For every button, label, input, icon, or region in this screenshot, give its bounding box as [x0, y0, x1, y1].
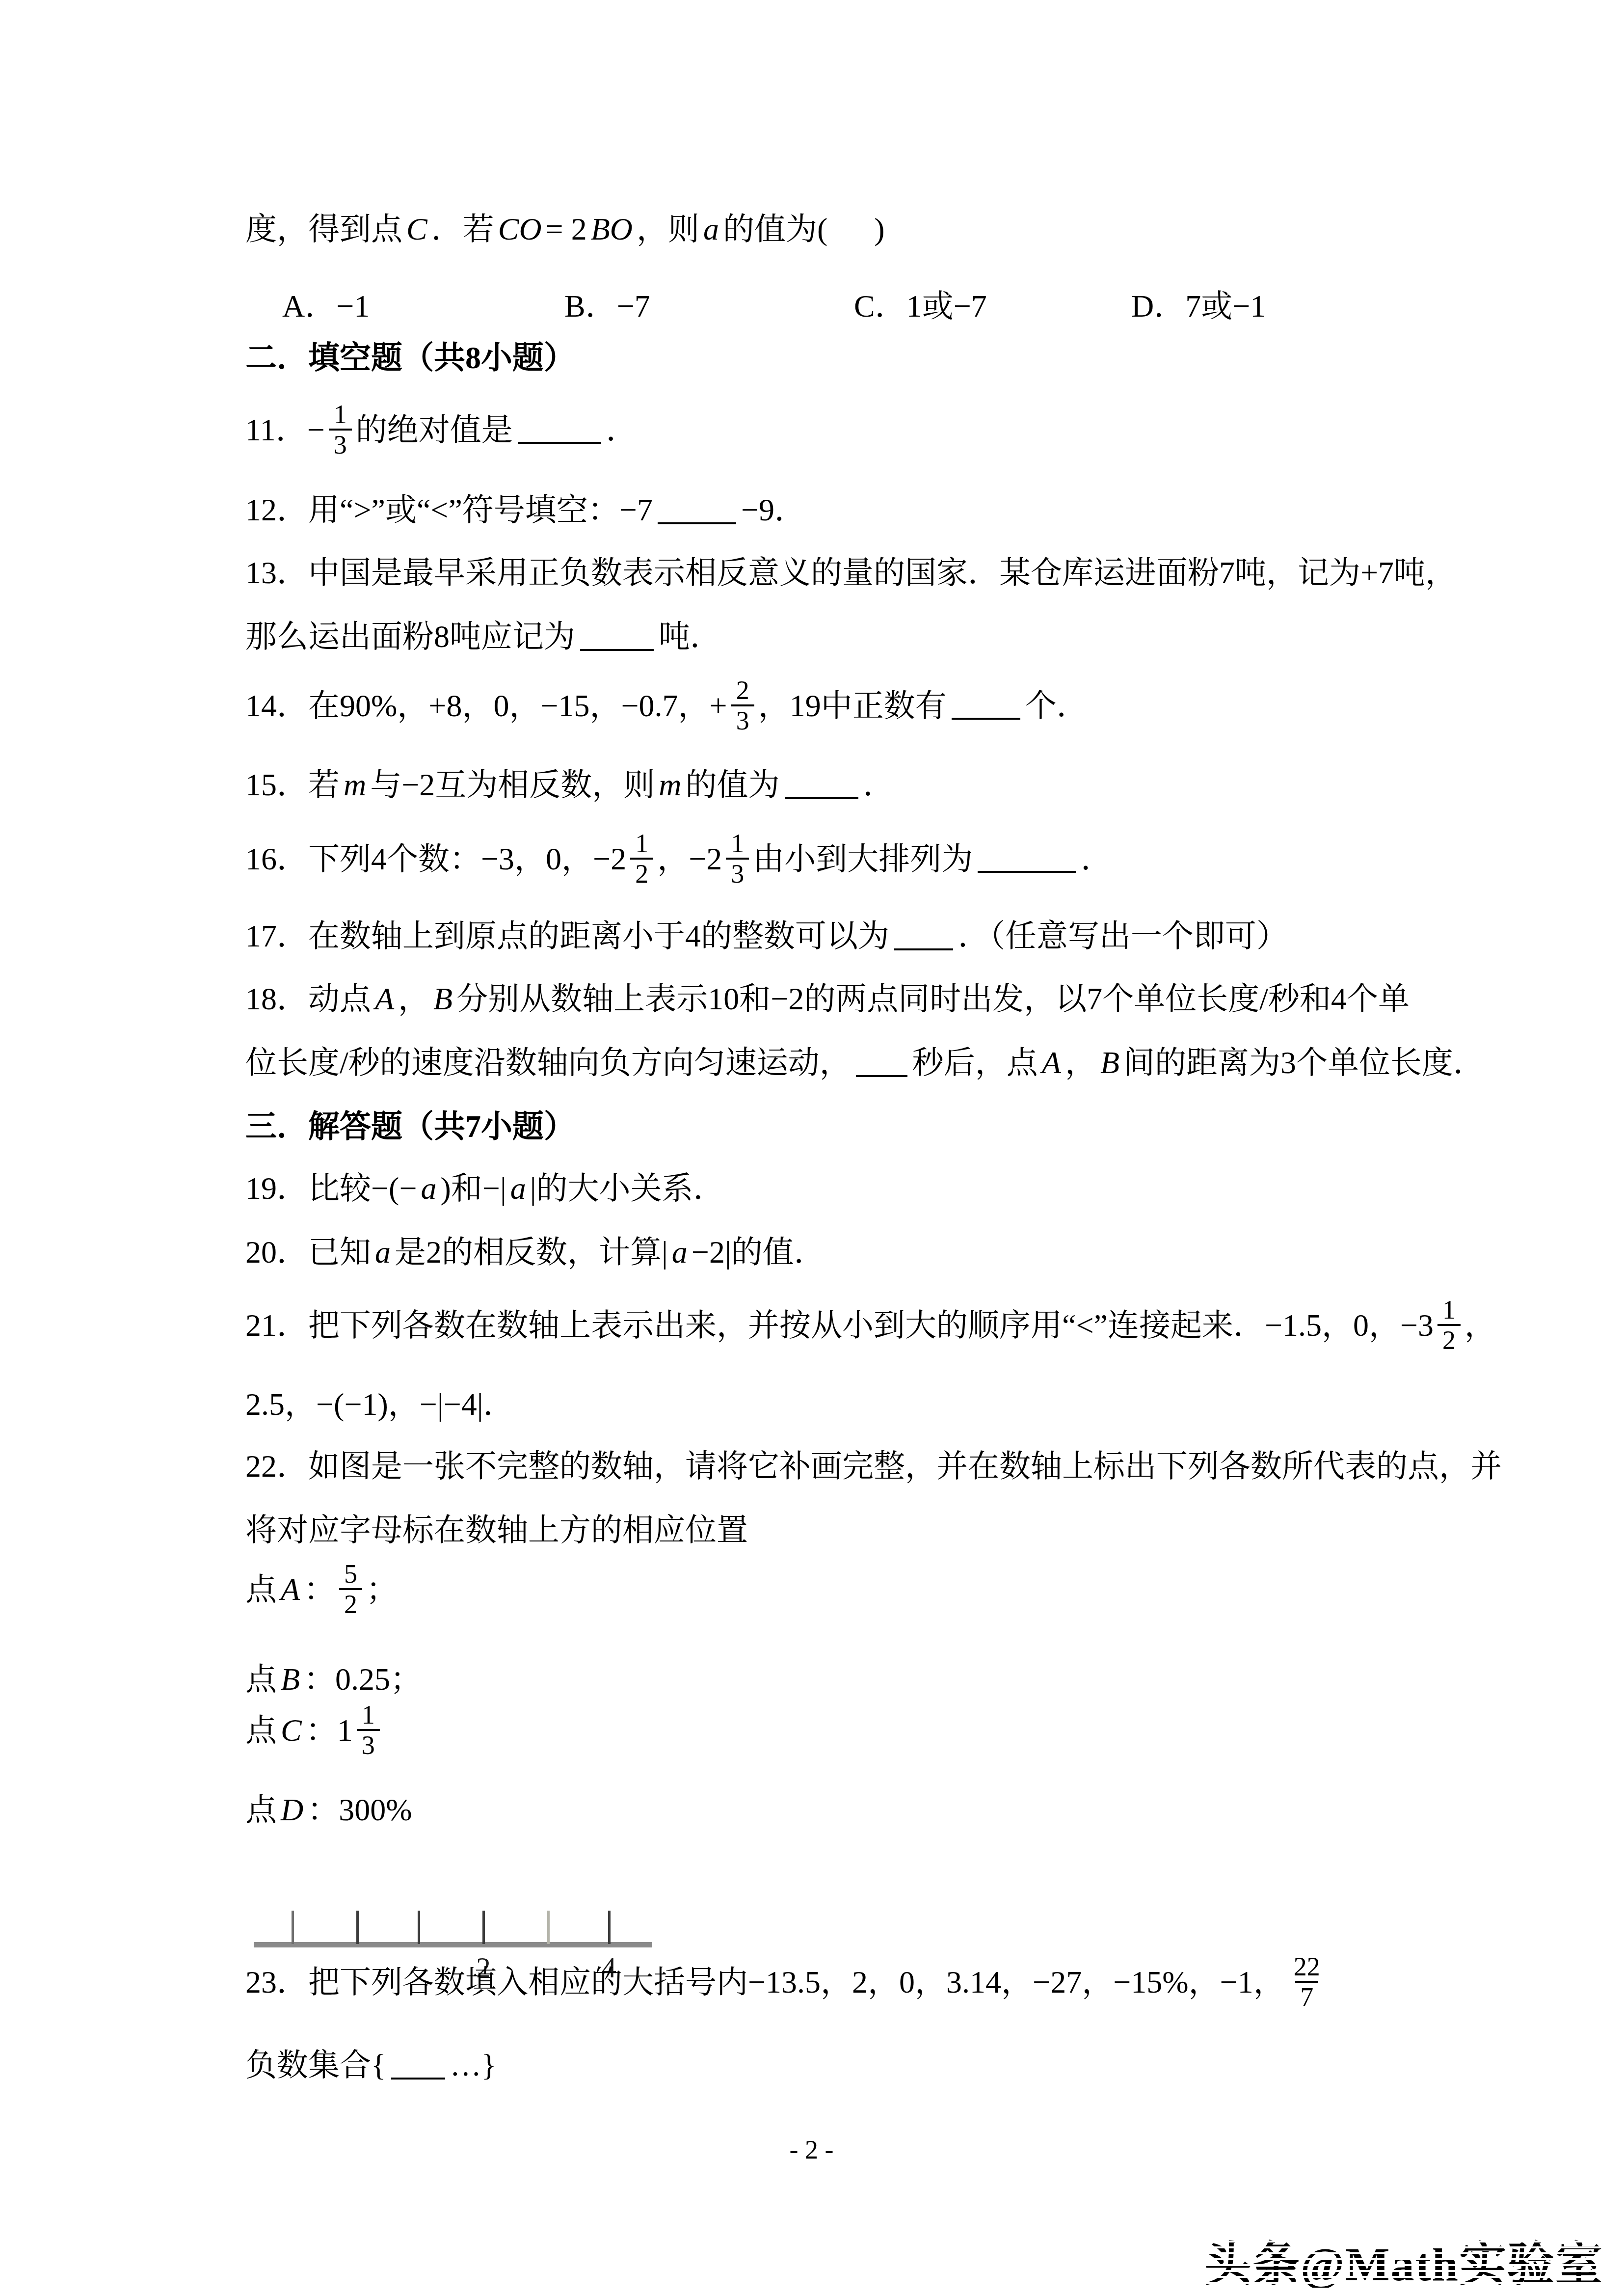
question-22-line2: 将对应字母标在数轴上方的相应位置 [245, 1512, 748, 1548]
point-var-B: B [281, 1661, 300, 1698]
section-heading-solve: 三．解答题（共7小题） [245, 1108, 575, 1145]
q10-var-C: C [406, 211, 427, 247]
q13-text: 那么运出面粉8吨应记为 [245, 619, 575, 655]
fraction-1-2: 12 [630, 829, 653, 889]
q16-end: ． [1081, 841, 1112, 877]
q12-end: −9． [741, 492, 806, 528]
question-13-line1: 13．中国是最早采用正负数表示相反意义的量的国家．某仓库运进面粉7吨，记为+7吨… [245, 555, 1457, 591]
number-line-tick [608, 1911, 611, 1944]
q13-end: 吨． [659, 619, 721, 655]
question-21-line2: 2.5，−(−1)，−|−4|． [245, 1386, 515, 1423]
question-21-line1: 21．把下列各数在数轴上表示出来，并按从小到大的顺序用“<”连接起来．−1.5，… [245, 1296, 1496, 1355]
q15-text: 15．若 [245, 767, 340, 803]
question-19: 19．比较−(−a)和−|a|的大小关系． [245, 1170, 725, 1207]
answer-blank [580, 649, 654, 651]
q19-end: |的大小关系． [530, 1170, 725, 1207]
point-c-definition: 点C：113 [245, 1701, 384, 1760]
question-23-line1: 23．把下列各数填入相应的大括号内−13.5，2，0，3.14，−27，−15%… [245, 1952, 1329, 2012]
q10-text: ，则 [637, 211, 699, 247]
q15-var-m: m [659, 767, 681, 803]
fraction-2-3: 23 [731, 676, 754, 735]
point-b-definition: 点B：0.25； [245, 1661, 422, 1698]
fraction-1-2: 12 [1437, 1296, 1461, 1355]
answer-blank [518, 442, 601, 444]
fraction-1-3: 13 [357, 1701, 380, 1760]
q19-text: 19．比较−(− [245, 1170, 417, 1207]
question-16: 16．下列4个数：−3，0，−212，−213由小到大排列为 ． [245, 829, 1112, 889]
question-12: 12．用“>”或“<”符号填空：−7 −9． [245, 492, 806, 528]
point-label: 点 [245, 1661, 277, 1698]
q23-set-open: 负数集合{ [245, 2047, 386, 2083]
q18-var-B: B [433, 981, 452, 1017]
colon: ： [304, 1571, 335, 1608]
question-20: 20．已知a是2的相反数，计算|a−2|的值． [245, 1234, 825, 1270]
q11-text: 的绝对值是 [356, 412, 513, 448]
answer-blank [894, 948, 953, 950]
q23-set-close: …} [450, 2047, 497, 2083]
worksheet-page: { "page": {"footer": "- 2 -", "watermark… [0, 0, 1623, 2296]
minus-sign: − [307, 412, 325, 448]
point-value: ：0.25； [304, 1661, 422, 1698]
answer-blank [785, 797, 858, 799]
section-heading-fill: 二．填空题（共8小题） [245, 340, 575, 376]
q10-var-CO: CO [498, 211, 542, 247]
semicolon: ； [366, 1571, 398, 1608]
q23-text: 23．把下列各数填入相应的大括号内−13.5，2，0，3.14，−27，−15%… [245, 1964, 1285, 2000]
option-d: D．7或−1 [1131, 281, 1266, 326]
q11-end: ． [606, 412, 638, 448]
q18-text: 18．动点 [245, 981, 371, 1017]
q10-var-BO: BO [591, 211, 633, 247]
q12-text: 12．用“>”或“<”符号填空：−7 [245, 492, 653, 528]
question-18-line1: 18．动点A，B分别从数轴上表示10和−2的两点同时出发，以7个单位长度/秒和4… [245, 981, 1410, 1017]
point-label: 点 [245, 1712, 277, 1749]
point-var-C: C [281, 1712, 302, 1749]
q18-var-A: A [1042, 1045, 1061, 1081]
page-number: - 2 - [0, 2134, 1623, 2165]
q14-text: ，19中正数有 [758, 688, 947, 724]
number-line-tick [292, 1911, 294, 1944]
q10-text: 度，得到点 [245, 211, 402, 247]
q10-text: ) [874, 211, 884, 247]
q15-end: ． [863, 767, 895, 803]
number-line-tick [482, 1911, 485, 1944]
q11-number: 11． [245, 412, 307, 448]
question-17: 17．在数轴上到原点的距离小于4的整数可以为 ．（任意写出一个即可） [245, 918, 1288, 954]
question-15: 15．若m与−2互为相反数，则m的值为 ． [245, 767, 895, 803]
q16-text: ，−2 [657, 841, 722, 877]
q17-text: 17．在数轴上到原点的距离小于4的整数可以为 [245, 918, 889, 954]
point-value: ：300% [307, 1792, 412, 1828]
q17-end: ．（任意写出一个即可） [958, 918, 1288, 954]
option-c: C．1或−7 [854, 281, 987, 326]
q19-text: )和−| [441, 1170, 506, 1207]
q20-var-a: a [672, 1234, 688, 1270]
point-var-A: A [281, 1571, 300, 1608]
option-a: A．−1 [282, 281, 370, 326]
answer-blank [978, 871, 1076, 873]
point-label: 点 [245, 1792, 277, 1828]
answer-blank [856, 1075, 907, 1077]
point-var-D: D [281, 1792, 303, 1828]
number-line-tick [356, 1911, 359, 1944]
q16-text: 16．下列4个数：−3，0，−2 [245, 841, 626, 877]
q18-var-A: A [375, 981, 394, 1017]
q21-text: ， [1464, 1307, 1496, 1344]
watermark-text: 头条@Math实验室 [1204, 2238, 1603, 2291]
q10-var-a: a [703, 211, 719, 247]
question-18-line2: 位长度/秒的速度沿数轴向负方向匀速运动， 秒后，点A，B间的距离为3个单位长度． [245, 1045, 1485, 1081]
point-label: 点 [245, 1571, 277, 1608]
q18-text: 位长度/秒的速度沿数轴向负方向匀速运动， [245, 1045, 851, 1081]
q18-text: 分别从数轴上表示10和−2的两点同时出发，以7个单位长度/秒和4个单 [456, 981, 1410, 1017]
option-b: B．−7 [564, 281, 650, 326]
q10-text: ．若 [431, 211, 494, 247]
number-line-tick [418, 1911, 420, 1944]
fraction-22-7: 227 [1289, 1952, 1325, 2012]
q15-var-m: m [344, 767, 366, 803]
q20-end: −2|的值． [692, 1234, 825, 1270]
point-value: ：1 [306, 1712, 353, 1749]
point-a-definition: 点A：52； [245, 1560, 398, 1619]
fraction-1-3: 13 [726, 829, 749, 889]
fraction-5-2: 52 [339, 1560, 362, 1619]
number-line-tick [547, 1911, 550, 1944]
answer-blank [658, 522, 736, 524]
q18-text: 间的距离为3个单位长度． [1123, 1045, 1485, 1081]
q18-text: 秒后，点 [912, 1045, 1038, 1081]
q15-text: 的值为 [686, 767, 780, 803]
answer-blank [391, 2078, 445, 2080]
q19-var-a: a [421, 1170, 437, 1207]
q18-text: ， [1065, 1045, 1096, 1081]
q18-var-B: B [1100, 1045, 1119, 1081]
q19-var-a: a [510, 1170, 526, 1207]
number-line-axis [254, 1942, 652, 1947]
q20-text: 是2的相反数，计算| [395, 1234, 668, 1270]
q10-text: 的值为( [723, 211, 827, 247]
q14-text: 14．在90%，+8，0，−15，−0.7，+ [245, 688, 727, 724]
question-23-line2: 负数集合{ …} [245, 2047, 496, 2083]
question-11: 11． −13 的绝对值是 ． [245, 400, 638, 459]
q20-text: 20．已知 [245, 1234, 371, 1270]
point-d-definition: 点D：300% [245, 1792, 412, 1828]
fraction-1-3: 13 [329, 400, 352, 459]
question-22-line1: 22．如图是一张不完整的数轴，请将它补画完整，并在数轴上标出下列各数所代表的点，… [245, 1448, 1502, 1485]
q10-eq: = 2 [546, 211, 587, 247]
question-10-tail: 度，得到点C．若CO= 2BO，则a的值为() [245, 211, 885, 247]
question-14: 14．在90%，+8，0，−15，−0.7，+23，19中正数有 个． [245, 676, 1088, 735]
q15-text: 与−2互为相反数，则 [370, 767, 655, 803]
q18-text: ， [398, 981, 429, 1017]
q21-text: 21．把下列各数在数轴上表示出来，并按从小到大的顺序用“<”连接起来．−1.5，… [245, 1307, 1434, 1344]
watermark: 头条@Math实验室 [1204, 2227, 1603, 2294]
q20-var-a: a [375, 1234, 391, 1270]
q14-end: 个． [1025, 688, 1088, 724]
q16-text: 由小到大排列为 [753, 841, 973, 877]
question-13-line2: 那么运出面粉8吨应记为 吨． [245, 619, 721, 655]
answer-blank [952, 718, 1020, 720]
